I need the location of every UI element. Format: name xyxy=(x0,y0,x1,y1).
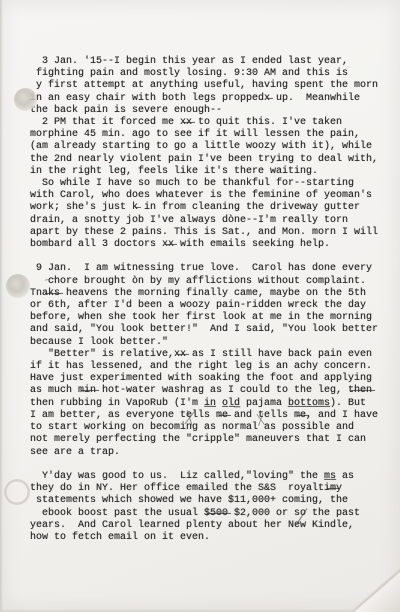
blank-line xyxy=(30,459,396,471)
text-line: 3 Jan. '15--I begin this year as I ended… xyxy=(30,56,396,68)
text-line: chore brought òn by my afflictions witho… xyxy=(30,276,396,288)
text-line: with Carol, who does whatever is the fem… xyxy=(30,190,396,202)
text-line: as much m̶i̶n̶ hot-water washrag as I co… xyxy=(30,385,396,397)
text-line: not merely perfecting the "cripple" mane… xyxy=(30,434,396,446)
text-line: morphine 45 min. ago to see if it will l… xyxy=(30,129,396,141)
scan-edge-left xyxy=(0,0,3,612)
text-line: bombard all 3 doctors x̶x̶ with emails s… xyxy=(30,239,396,251)
seal-ring-mark xyxy=(4,479,30,505)
text-line: (am already starting to go a little wooz… xyxy=(30,141,396,153)
text-line: So while I have so much to be thankful f… xyxy=(30,178,396,190)
text-line: "Better" is relative,x̶x̶ as I still hav… xyxy=(30,349,396,361)
text-line: or 6th, after I'd been a woozy pain-ridd… xyxy=(30,300,396,312)
text-line: and said, "You look better!" And I said,… xyxy=(30,324,396,336)
text-line: Tna̶k̶s̶ heavens the morning finally cam… xyxy=(30,288,396,300)
blank-line xyxy=(30,251,396,263)
text-line: the 2nd nearly violent pain I've been tr… xyxy=(30,154,396,166)
text-line: in the right leg, feels like it's there … xyxy=(30,166,396,178)
text-line: statements which showed we have $11,000+… xyxy=(30,495,396,507)
text-line: to start working on becoming as normal a… xyxy=(30,422,396,434)
text-line: 2 PM that it forced me x̶x̶ to quit this… xyxy=(30,117,396,129)
embossed-seal-mark xyxy=(14,88,37,111)
text-line: Y'day was good to us. Liz called,"loving… xyxy=(30,471,396,483)
text-line: in an easy chair with both legs proppedx… xyxy=(30,93,396,105)
text-line: because I look better." xyxy=(30,337,396,349)
text-line: fighting pain and mostly losing. 9:30 AM… xyxy=(30,68,396,80)
text-line: how to fetch email on it even. xyxy=(30,532,396,544)
embossed-seal-mark xyxy=(6,274,30,298)
text-line: apart by these 2 pains. This is Sat., an… xyxy=(30,227,396,239)
text-line: before, when she took her first look at … xyxy=(30,312,396,324)
document-text: 3 Jan. '15--I begin this year as I ended… xyxy=(30,56,396,544)
text-line: 9 Jan. I am witnessing true love. Carol … xyxy=(30,263,396,275)
text-line: see are a trap. xyxy=(30,447,396,459)
text-line: y first attempt at anything useful, havi… xyxy=(30,80,396,92)
text-line: ebook boost past the usual $̶5̶0̶0̶ $2,0… xyxy=(30,508,396,520)
text-line: years. And Carol learned plenty about he… xyxy=(30,520,396,532)
text-line: drain, a snotty job I've always dòne--I'… xyxy=(30,215,396,227)
text-line: if it has lessened, and the right leg is… xyxy=(30,361,396,373)
text-line: Have just experimented with soaking the … xyxy=(30,373,396,385)
scanned-page: 3 Jan. '15--I begin this year as I ended… xyxy=(0,0,400,612)
text-line: they do in NY. Her office emailed the S&… xyxy=(30,483,396,495)
text-line: I am better, as everyone tells m̶e̶ and … xyxy=(30,410,396,422)
text-line: work; she's just k̶ in from cleaning the… xyxy=(30,202,396,214)
text-line: then rubbing in VapoRub (I'm i̲n̲ o̲l̲d̲… xyxy=(30,398,396,410)
text-line: the back pain is severe enough-- xyxy=(30,105,396,117)
